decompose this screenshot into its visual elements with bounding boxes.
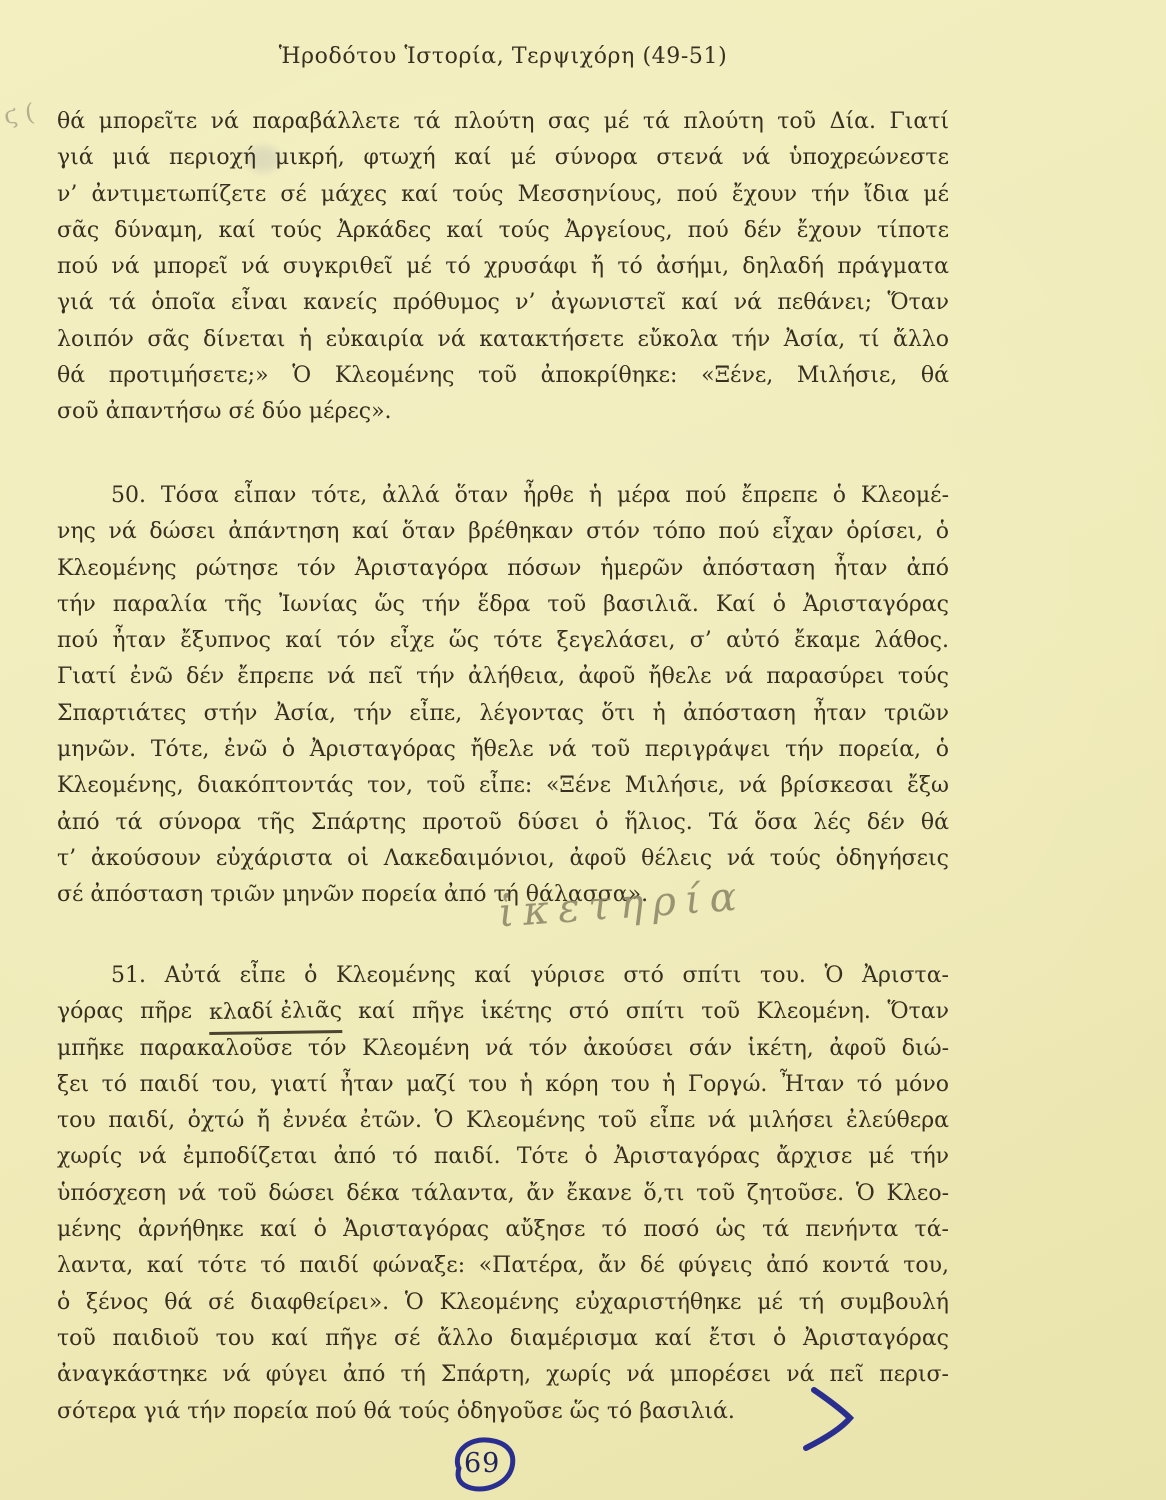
page-number: 69 [464,1448,500,1479]
paragraph-intro: θά μπορεῖτε νά παραβάλλετε τά πλούτη σας… [57,104,949,431]
text-line: Σπαρτιάτες στήν Ἀσία, τήν εἶπε, λέγοντας… [57,696,949,732]
text-line: Κλεομένης, διακόπτοντάς τον, τοῦ εἶπε: «… [57,768,949,804]
text-line: χωρίς νά ἐμποδίζεται ἀπό τό παιδί. Τότε … [57,1139,949,1175]
text-segment: γόρας πῆρε [57,999,209,1024]
text-line: ἀπό τά σύνορα τῆς Σπάρτης προτοῦ δύσει ὁ… [57,805,949,841]
text-line: τοῦ παιδιοῦ του καί πῆγε σέ ἄλλο διαμέρι… [57,1321,949,1357]
text-line: λοιπόν σᾶς δίνεται ἡ εὐκαιρία νά κατακτή… [57,322,949,358]
text-line: ὑπόσχεση νά τοῦ δώσει δέκα τάλαντα, ἄν ἔ… [57,1176,949,1212]
text-line: πού ἦταν ἔξυπνος καί τόν εἶχε ὥς τότε ξε… [57,623,949,659]
text-line: μηνῶν. Τότε, ἐνῶ ὁ Ἀρισταγόρας ἤθελε νά … [57,732,949,768]
scanned-book-page: Ἡροδότου Ἱστορία, Τερψιχόρη (49-51) ϛ ( … [0,0,1166,1500]
text-line: γιά τά ὁποῖα εἶναι κανείς πρόθυμος ν’ ἀγ… [57,285,949,321]
pencil-margin-mark: ϛ ( [2,98,36,130]
text-line: νης νά δώσει ἀπάντηση καί ὅταν βρέθηκαν … [57,514,949,550]
text-line: του παιδί, ὀχτώ ἤ ἐννέα ἐτῶν. Ὁ Κλεομένη… [57,1103,949,1139]
text-segment: καί πῆγε ἱκέτης στό σπίτι τοῦ Κλεομένη. … [342,999,949,1024]
text-line: λαντα, καί τότε τό παιδί φώναξε: «Πατέρα… [57,1248,949,1284]
page-number-circled: 69 [444,1434,524,1494]
text-line: θά μπορεῖτε νά παραβάλλετε τά πλούτη σας… [57,104,949,140]
text-line: μπῆκε παρακαλοῦσε τόν Κλεομένη νά τόν ἀκ… [57,1031,949,1067]
text-line: γιά μιά περιοχή μικρή, φτωχή καί μέ σύνο… [57,140,949,176]
text-line: 50. Τόσα εἶπαν τότε, ἀλλά ὅταν ἦρθε ἡ μέ… [57,478,949,514]
blue-pen-chevron-mark [796,1382,866,1454]
text-line: Γιατί ἐνῶ δέν ἔπρεπε νά πεῖ τήν ἀλήθεια,… [57,659,949,695]
text-line: ν’ ἀντιμετωπίζετε σέ μάχες καί τούς Μεσσ… [57,177,949,213]
text-line: Κλεομένης ρώτησε τόν Ἀρισταγόρα πόσων ἡμ… [57,551,949,587]
text-line: γόρας πῆρε κλαδί ἐλιᾶς καί πῆγε ἱκέτης σ… [57,994,949,1030]
text-line: σοῦ ἀπαντήσω σέ δύο μέρες». [57,394,949,430]
text-line: τ’ ἀκούσουν εὐχάριστα οἱ Λακεδαιμόνιοι, … [57,841,949,877]
text-line: ξει τό παιδί του, γιατί ἦταν μαζί του ἡ … [57,1067,949,1103]
hand-underlined-phrase: κλαδί ἐλιᾶς [208,993,342,1035]
text-line: μένης ἀρνήθηκε καί ὁ Ἀρισταγόρας αὔξησε … [57,1212,949,1248]
paragraph-section-51: 51. Αὐτά εἶπε ὁ Κλεομένης καί γύρισε στό… [57,958,949,1430]
page-header: Ἡροδότου Ἱστορία, Τερψιχόρη (49-51) [57,44,949,69]
text-line: τήν παραλία τῆς Ἰωνίας ὥς τήν ἕδρα τοῦ β… [57,587,949,623]
text-line: πού νά μπορεῖ νά συγκριθεῖ μέ τό χρυσάφι… [57,249,949,285]
text-line: ὁ ξένος θά σέ διαφθείρει». Ὁ Κλεομένης ε… [57,1285,949,1321]
text-line: σᾶς δύναμη, καί τούς Ἀρκάδες καί τούς Ἀρ… [57,213,949,249]
text-line: 51. Αὐτά εἶπε ὁ Κλεομένης καί γύρισε στό… [57,958,949,994]
text-line: θά προτιμήσετε;» Ὁ Κλεομένης τοῦ ἀποκρίθ… [57,358,949,394]
paragraph-section-50: 50. Τόσα εἶπαν τότε, ἀλλά ὅταν ἦρθε ἡ μέ… [57,478,949,914]
